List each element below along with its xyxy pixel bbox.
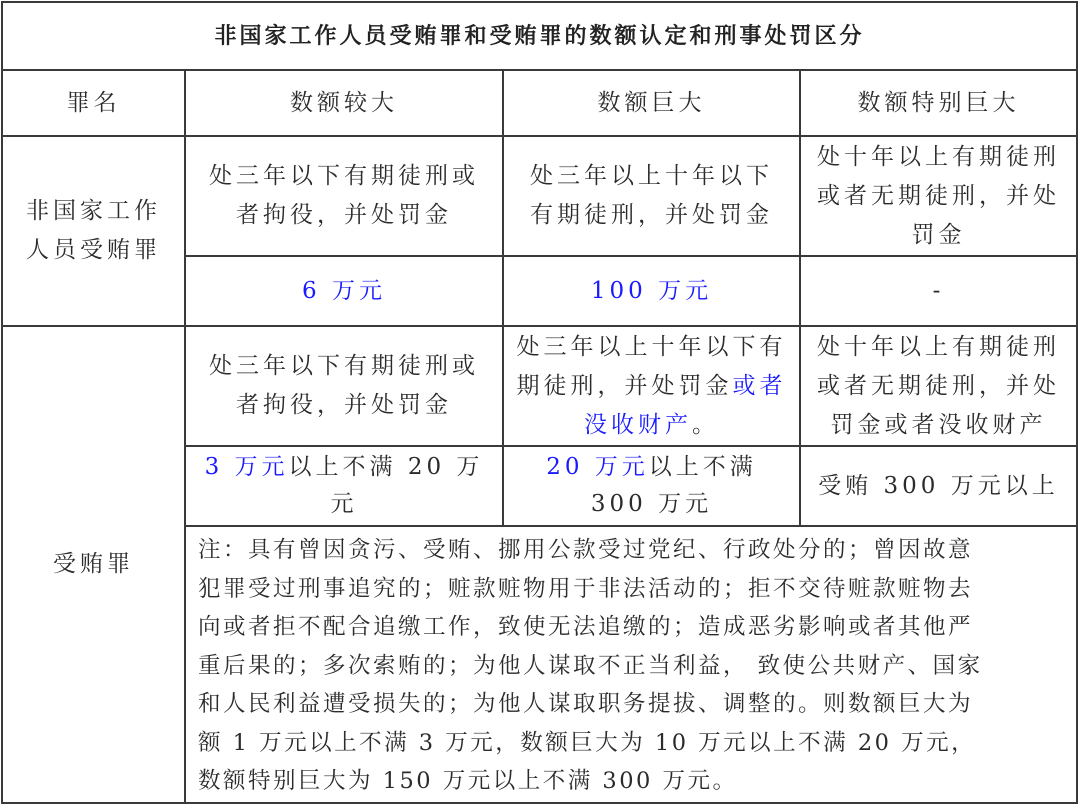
penalty-cell: 处三年以下有期徒刑或者拘役，并处罚金 <box>184 325 504 447</box>
amount-cell: 6 万元 <box>184 255 504 327</box>
amount-text: 3 万元以上不满 20 万元 <box>202 449 486 523</box>
penalty-tail: 。 <box>692 412 719 438</box>
crime-amount-table: 非国家工作人员受贿罪和受贿罪的数额认定和刑事处罚区分 罪名 数额较大 数额巨大 … <box>0 0 1080 805</box>
amount-highlight: 3 万元 <box>205 454 289 480</box>
amount-cell: - <box>799 255 1078 327</box>
amount-cell: 20 万元以上不满 300 万元 <box>502 445 801 527</box>
header-huge-amount: 数额巨大 <box>502 69 801 137</box>
header-label: 数额特别巨大 <box>858 84 1020 123</box>
header-especially-huge-amount: 数额特别巨大 <box>799 69 1078 137</box>
crime-name-non-state: 非国家工作 人员受贿罪 <box>1 135 186 327</box>
amount-rest: 以上不满 20 万元 <box>289 454 484 517</box>
penalty-text: 处三年以上十年以下有期徒刑，并处罚金或者没收财产。 <box>514 328 789 445</box>
header-label: 数额巨大 <box>598 84 706 123</box>
amount-highlight: 100 万元 <box>591 272 712 311</box>
note-line: 重后果的；多次索贿的；为他人谋取不正当利益， 致使公共财产、国家 <box>198 647 983 686</box>
penalty-text: 处十年以上有期徒刑或者无期徒刑，并处罚金或者没收财产 <box>813 328 1064 445</box>
penalty-cell: 处十年以上有期徒刑或者无期徒刑，并处罚金 <box>799 135 1078 257</box>
table-title-text: 非国家工作人员受贿罪和受贿罪的数额认定和刑事处罚区分 <box>214 17 864 56</box>
crime-name-bribery: 受贿罪 <box>1 325 186 804</box>
amount-cell: 3 万元以上不满 20 万元 <box>184 445 504 527</box>
amount-highlight: 20 万元 <box>546 454 649 480</box>
header-crime-name: 罪名 <box>1 69 186 137</box>
amount-text: 20 万元以上不满 300 万元 <box>516 449 787 523</box>
note-line: 数额特别巨大为 150 万元以上不满 300 万元。 <box>198 762 983 801</box>
amount-cell: 受贿 300 万元以上 <box>799 445 1078 527</box>
crime-name-line: 受贿罪 <box>53 545 134 584</box>
penalty-text: 处三年以下有期徒刑或者拘役，并处罚金 <box>208 347 480 425</box>
penalty-cell: 处三年以上十年以下有期徒刑，并处罚金 <box>502 135 801 257</box>
table-title: 非国家工作人员受贿罪和受贿罪的数额认定和刑事处罚区分 <box>1 1 1078 71</box>
note-line: 向或者拒不配合追缴工作，致使无法追缴的；造成恶劣影响或者其他严 <box>198 608 983 647</box>
penalty-cell: 处三年以下有期徒刑或者拘役，并处罚金 <box>184 135 504 257</box>
amount-text: - <box>933 272 945 311</box>
note-line: 和人民利益遭受损失的；为他人谋取职务提拔、调整的。则数额巨大为 <box>198 685 983 724</box>
note-line: 额 1 万元以上不满 3 万元，数额巨大为 10 万元以上不满 20 万元， <box>198 724 983 763</box>
note-cell: 注：具有曾因贪污、受贿、挪用公款受过党纪、行政处分的；曾因故意 犯罪受过刑事追究… <box>184 525 1078 804</box>
penalty-cell: 处十年以上有期徒刑或者无期徒刑，并处罚金或者没收财产 <box>799 325 1078 447</box>
penalty-text: 处十年以上有期徒刑或者无期徒刑，并处罚金 <box>813 138 1064 255</box>
penalty-cell: 处三年以上十年以下有期徒刑，并处罚金或者没收财产。 <box>502 325 801 447</box>
amount-cell: 100 万元 <box>502 255 801 327</box>
note-line: 注：具有曾因贪污、受贿、挪用公款受过党纪、行政处分的；曾因故意 <box>198 531 983 570</box>
penalty-text: 处三年以上十年以下有期徒刑，并处罚金 <box>524 157 779 235</box>
note-line: 犯罪受过刑事追究的；赃款赃物用于非法活动的；拒不交待赃款赃物去 <box>198 570 983 609</box>
crime-name-line: 人员受贿罪 <box>26 231 161 270</box>
header-label: 数额较大 <box>290 84 398 123</box>
penalty-text: 处三年以下有期徒刑或者拘役，并处罚金 <box>208 157 480 235</box>
header-large-amount: 数额较大 <box>184 69 504 137</box>
amount-text: 受贿 300 万元以上 <box>818 467 1059 506</box>
header-label: 罪名 <box>67 84 121 123</box>
note-text: 注：具有曾因贪污、受贿、挪用公款受过党纪、行政处分的；曾因故意 犯罪受过刑事追究… <box>198 531 983 801</box>
amount-highlight: 6 万元 <box>302 272 386 311</box>
crime-name-line: 非国家工作 <box>26 192 161 231</box>
